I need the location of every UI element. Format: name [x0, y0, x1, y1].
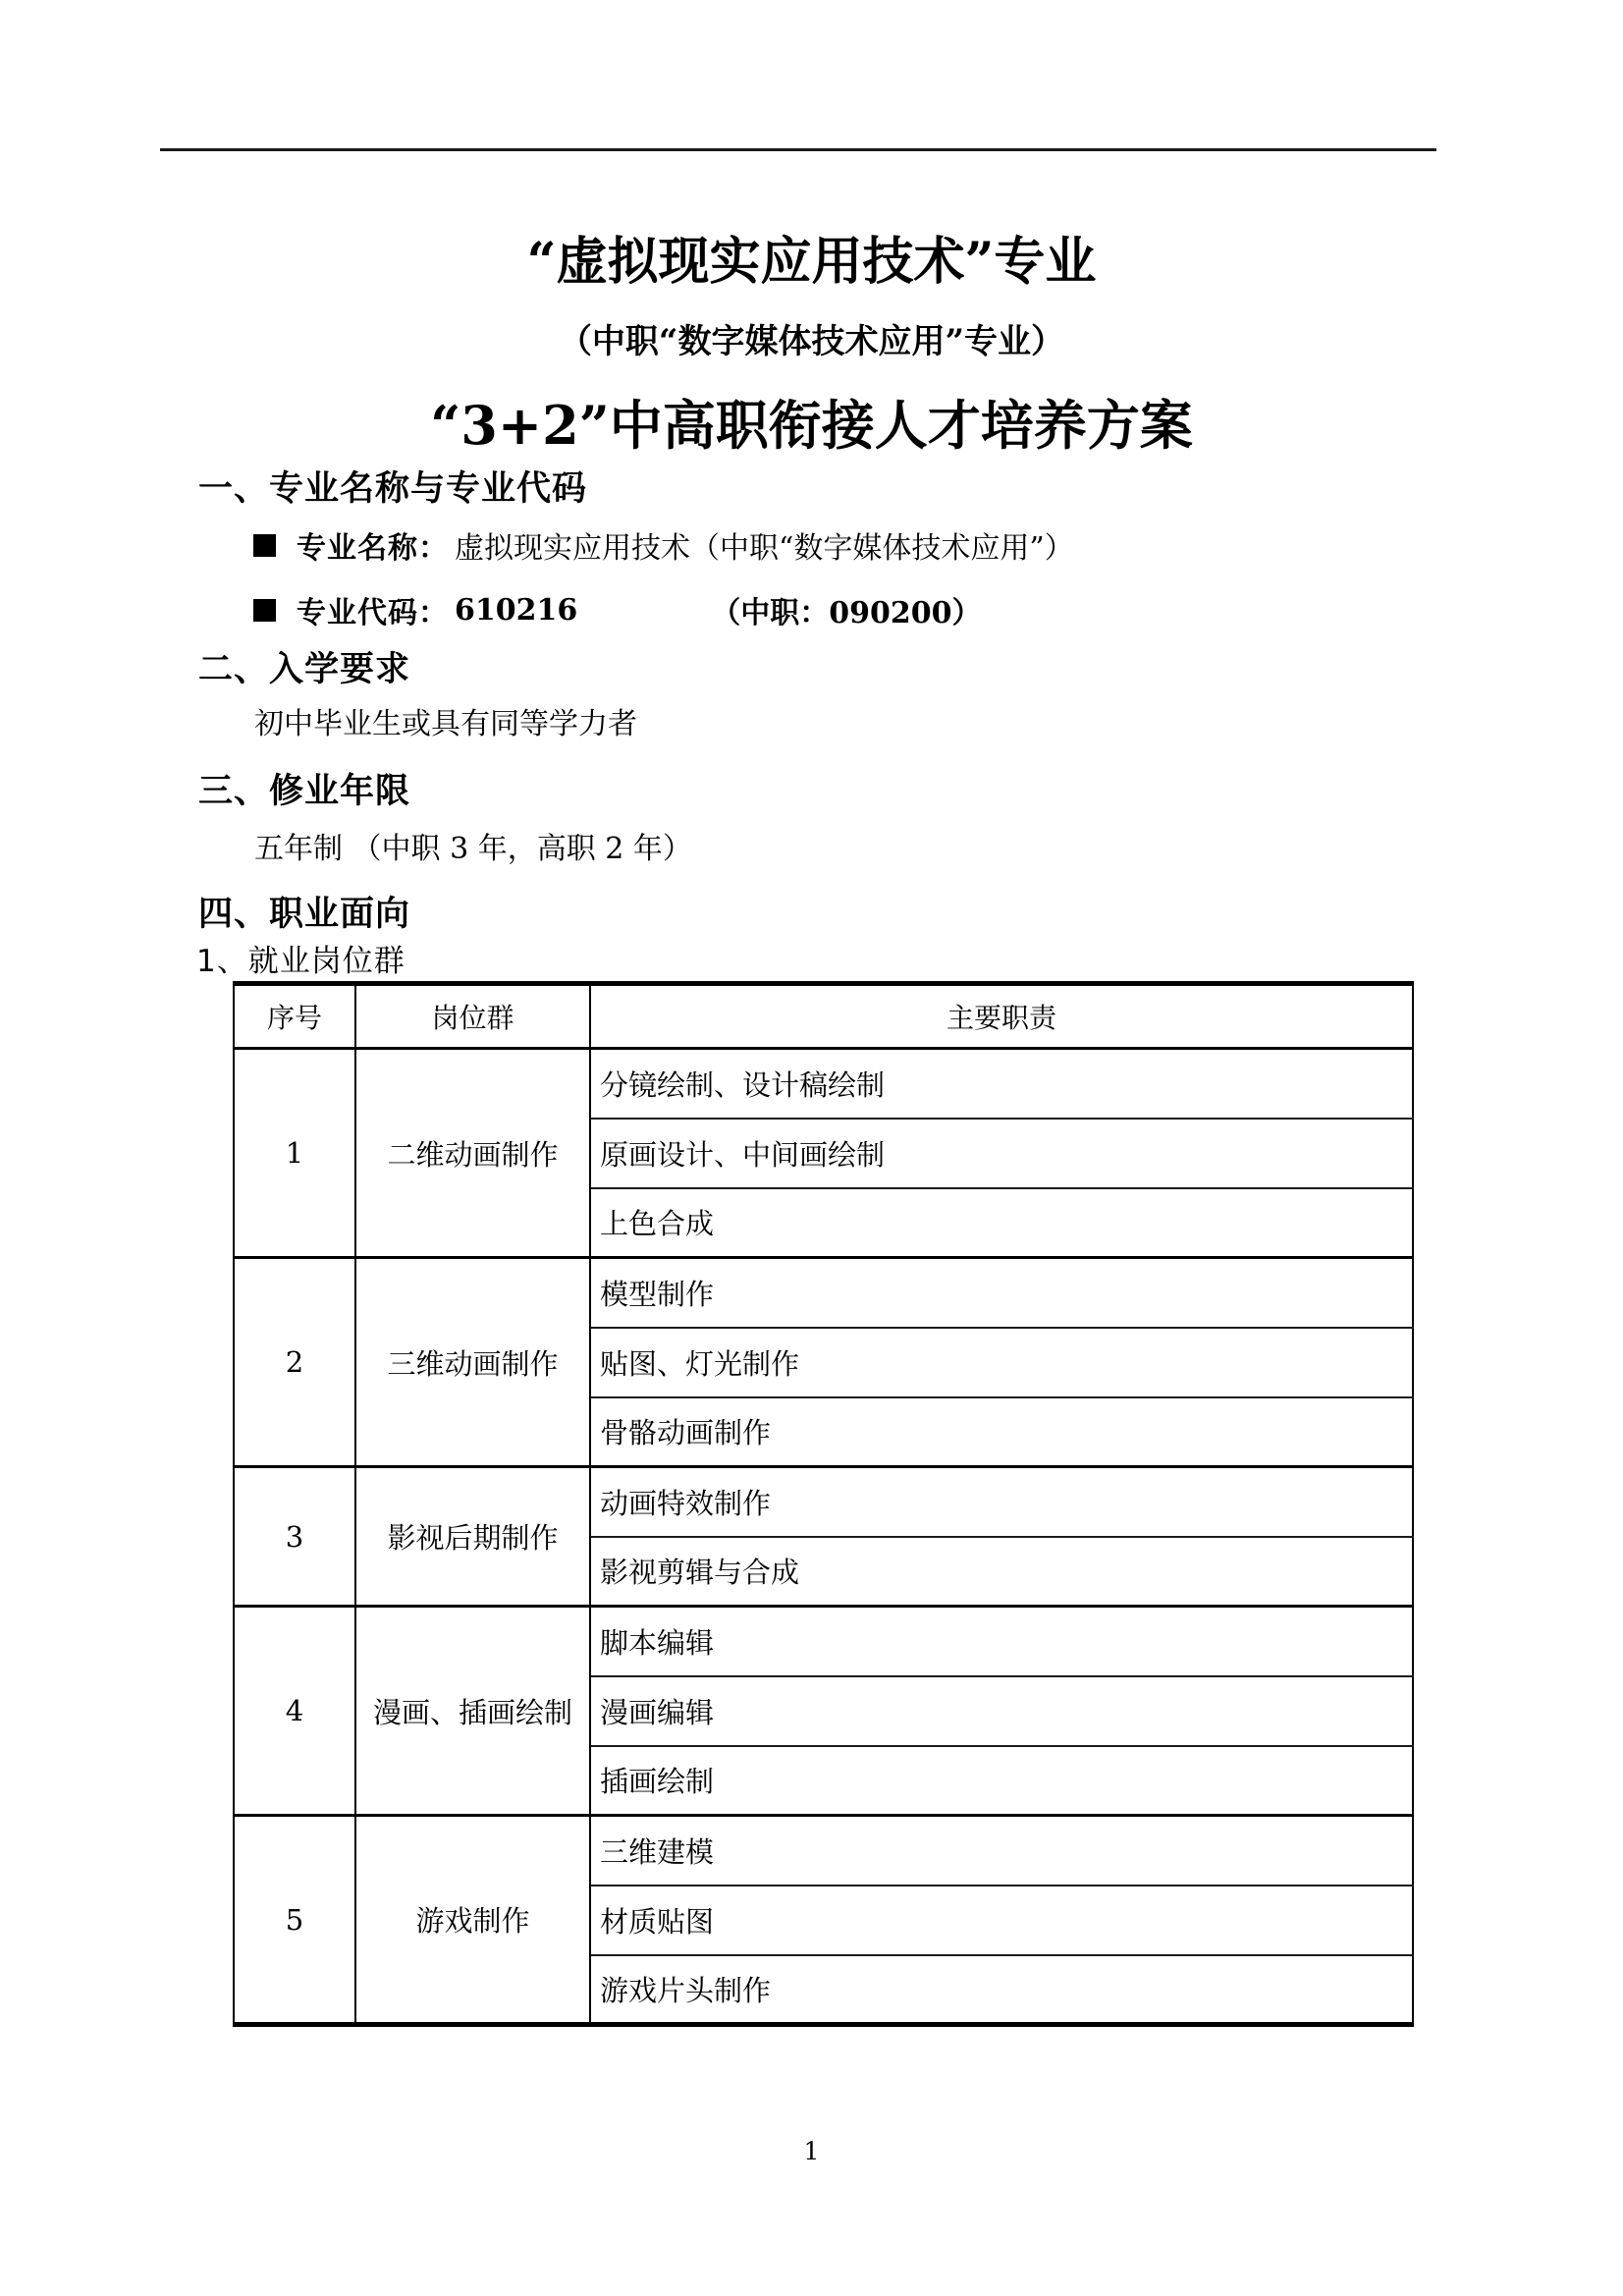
cell-group-no: 2 — [234, 1258, 355, 1467]
duration-body: 五年制 （中职 3 年，高职 2 年） — [254, 833, 692, 867]
cell-group-name: 游戏制作 — [355, 1816, 590, 2025]
list-item-major-code: 专业代码： 610216 （中职：090200） — [253, 591, 982, 629]
cell-group-name: 二维动画制作 — [355, 1049, 590, 1258]
cell-duty: 影视剪辑与合成 — [590, 1537, 1413, 1607]
subheading-job-groups: 1、就业岗位群 — [196, 945, 406, 978]
table-row: 3 影视后期制作 动画特效制作 — [234, 1467, 1413, 1537]
document-page: “虚拟现实应用技术”专业 （中职“数字媒体技术应用”专业） “3+2”中高职衔接… — [0, 0, 1623, 2296]
cell-duty: 分镜绘制、设计稿绘制 — [590, 1049, 1413, 1119]
black-square-bullet-icon — [253, 599, 276, 622]
section-heading-career: 四、职业面向 — [198, 896, 410, 934]
section-heading-name-code: 一、专业名称与专业代码 — [198, 470, 587, 509]
black-square-bullet-icon — [253, 534, 276, 557]
cell-duty: 骨骼动画制作 — [590, 1397, 1413, 1467]
cell-duty: 贴图、灯光制作 — [590, 1328, 1413, 1397]
header-rule — [160, 148, 1436, 151]
doc-title-main: “虚拟现实应用技术”专业 — [0, 234, 1623, 290]
cell-duty: 动画特效制作 — [590, 1467, 1413, 1537]
cell-duty: 原画设计、中间画绘制 — [590, 1119, 1413, 1188]
major-code-label: 专业代码： — [297, 588, 449, 631]
cell-duty: 上色合成 — [590, 1188, 1413, 1258]
major-name-value: 虚拟现实应用技术（中职“数字媒体技术应用”） — [455, 523, 1074, 567]
cell-duty: 脚本编辑 — [590, 1607, 1413, 1676]
cell-group-no: 5 — [234, 1816, 355, 2025]
table-row: 1 二维动画制作 分镜绘制、设计稿绘制 — [234, 1049, 1413, 1119]
major-code-note: （中职：090200） — [711, 588, 981, 631]
cell-group-no: 4 — [234, 1607, 355, 1816]
major-code-value: 610216 — [455, 593, 577, 628]
cell-duty: 游戏片头制作 — [590, 1955, 1413, 2025]
cell-group-no: 1 — [234, 1049, 355, 1258]
page-number: 1 — [0, 2137, 1623, 2165]
cell-duty: 材质贴图 — [590, 1886, 1413, 1955]
doc-title-program: “3+2”中高职衔接人才培养方案 — [0, 397, 1623, 455]
admission-body: 初中毕业生或具有同等学力者 — [254, 708, 637, 742]
column-header-no: 序号 — [234, 984, 355, 1049]
list-item-major-name: 专业名称： 虚拟现实应用技术（中职“数字媒体技术应用”） — [253, 526, 1074, 564]
jobs-table: 序号 岗位群 主要职责 1 二维动画制作 分镜绘制、设计稿绘制 原画设计、中间画… — [233, 981, 1414, 2027]
cell-duty: 漫画编辑 — [590, 1676, 1413, 1746]
table-header-row: 序号 岗位群 主要职责 — [234, 984, 1413, 1049]
column-header-group: 岗位群 — [355, 984, 590, 1049]
section-heading-admission: 二、入学要求 — [198, 651, 410, 689]
cell-duty: 模型制作 — [590, 1258, 1413, 1328]
cell-duty: 插画绘制 — [590, 1746, 1413, 1816]
table-row: 2 三维动画制作 模型制作 — [234, 1258, 1413, 1328]
table-row: 5 游戏制作 三维建模 — [234, 1816, 1413, 1886]
section-heading-duration: 三、修业年限 — [198, 773, 410, 811]
doc-title-subtitle: （中职“数字媒体技术应用”专业） — [0, 324, 1623, 360]
cell-group-name: 漫画、插画绘制 — [355, 1607, 590, 1816]
major-name-label: 专业名称： — [297, 523, 449, 567]
cell-group-name: 影视后期制作 — [355, 1467, 590, 1607]
table-row: 4 漫画、插画绘制 脚本编辑 — [234, 1607, 1413, 1676]
column-header-duty: 主要职责 — [590, 984, 1413, 1049]
cell-group-no: 3 — [234, 1467, 355, 1607]
cell-group-name: 三维动画制作 — [355, 1258, 590, 1467]
cell-duty: 三维建模 — [590, 1816, 1413, 1886]
